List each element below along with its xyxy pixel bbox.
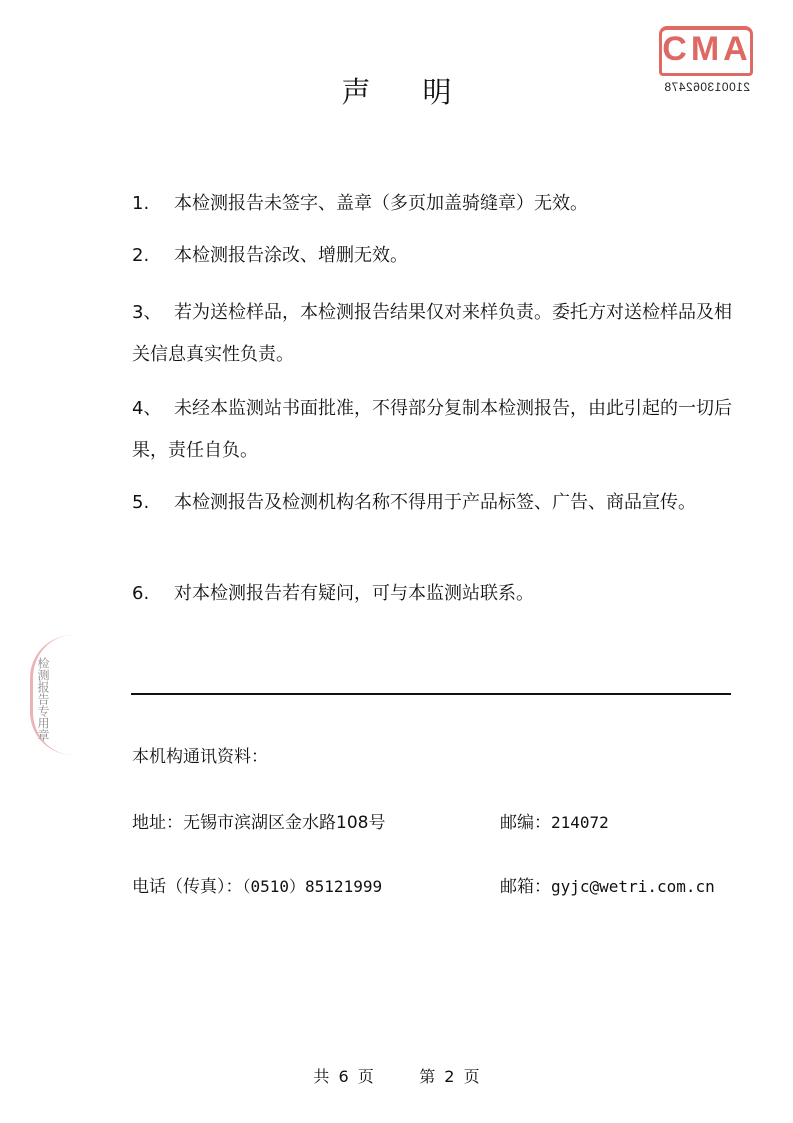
- phone-label: 电话（传真）：: [132, 877, 243, 897]
- item-number: 4、: [132, 388, 174, 430]
- statement-item-3: 3、若为送检样品，本检测报告结果仅对来样负责。委托方对送检样品及相关信息真实性负…: [132, 292, 732, 376]
- address-label: 地址：: [132, 813, 183, 833]
- address-value: 无锡市滨湖区金水路108号: [183, 813, 385, 833]
- postcode: 邮编：214072: [500, 808, 609, 833]
- contact-heading: 本机构通讯资料：: [132, 742, 268, 767]
- item-text: 若为送检样品，本检测报告结果仅对来样负责。委托方对送检样品及相关信息真实性负责。: [132, 302, 732, 365]
- email: 邮箱：gyjc@wetri.com.cn: [500, 872, 715, 897]
- item-text: 未经本监测站书面批准，不得部分复制本检测报告，由此引起的一切后果，责任自负。: [132, 398, 732, 461]
- cma-stamp-letters: CMA: [657, 30, 757, 69]
- item-number: 5.: [132, 482, 174, 524]
- statement-item-6: 6.对本检测报告若有疑问，可与本监测站联系。: [132, 576, 732, 612]
- seam-seal-text: 检测报告专用章: [37, 657, 51, 741]
- item-text: 本检测报告涂改、增删无效。: [174, 245, 408, 266]
- address: 地址：无锡市滨湖区金水路108号: [132, 808, 385, 833]
- page-title: 声明: [0, 70, 793, 111]
- statement-item-4: 4、未经本监测站书面批准，不得部分复制本检测报告，由此引起的一切后果，责任自负。: [132, 388, 732, 472]
- statement-item-5: 5.本检测报告及检测机构名称不得用于产品标签、广告、商品宣传。: [132, 482, 732, 524]
- phone-value: （0510）85121999: [243, 877, 383, 896]
- item-text: 本检测报告及检测机构名称不得用于产品标签、广告、商品宣传。: [174, 492, 696, 513]
- statement-item-1: 1.本检测报告未签字、盖章（多页加盖骑缝章）无效。: [132, 186, 732, 222]
- current-page: 第 2 页: [419, 1067, 479, 1086]
- postcode-label: 邮编：: [500, 813, 551, 833]
- item-number: 6.: [132, 576, 174, 612]
- email-value: gyjc@wetri.com.cn: [551, 877, 715, 896]
- seam-seal-stamp: 检测报告专用章: [30, 635, 73, 755]
- statement-item-2: 2.本检测报告涂改、增删无效。: [132, 238, 732, 274]
- item-text: 本检测报告未签字、盖章（多页加盖骑缝章）无效。: [174, 193, 588, 214]
- postcode-value: 214072: [551, 813, 609, 832]
- divider-line: [131, 693, 731, 695]
- item-number: 2.: [132, 238, 174, 274]
- total-pages: 共 6 页: [313, 1067, 373, 1086]
- item-number: 3、: [132, 292, 174, 334]
- phone: 电话（传真）：（0510）85121999: [132, 872, 382, 897]
- item-text: 对本检测报告若有疑问，可与本监测站联系。: [174, 583, 534, 604]
- page-footer: 共 6 页 第 2 页: [0, 1064, 793, 1087]
- item-number: 1.: [132, 186, 174, 222]
- email-label: 邮箱：: [500, 877, 551, 897]
